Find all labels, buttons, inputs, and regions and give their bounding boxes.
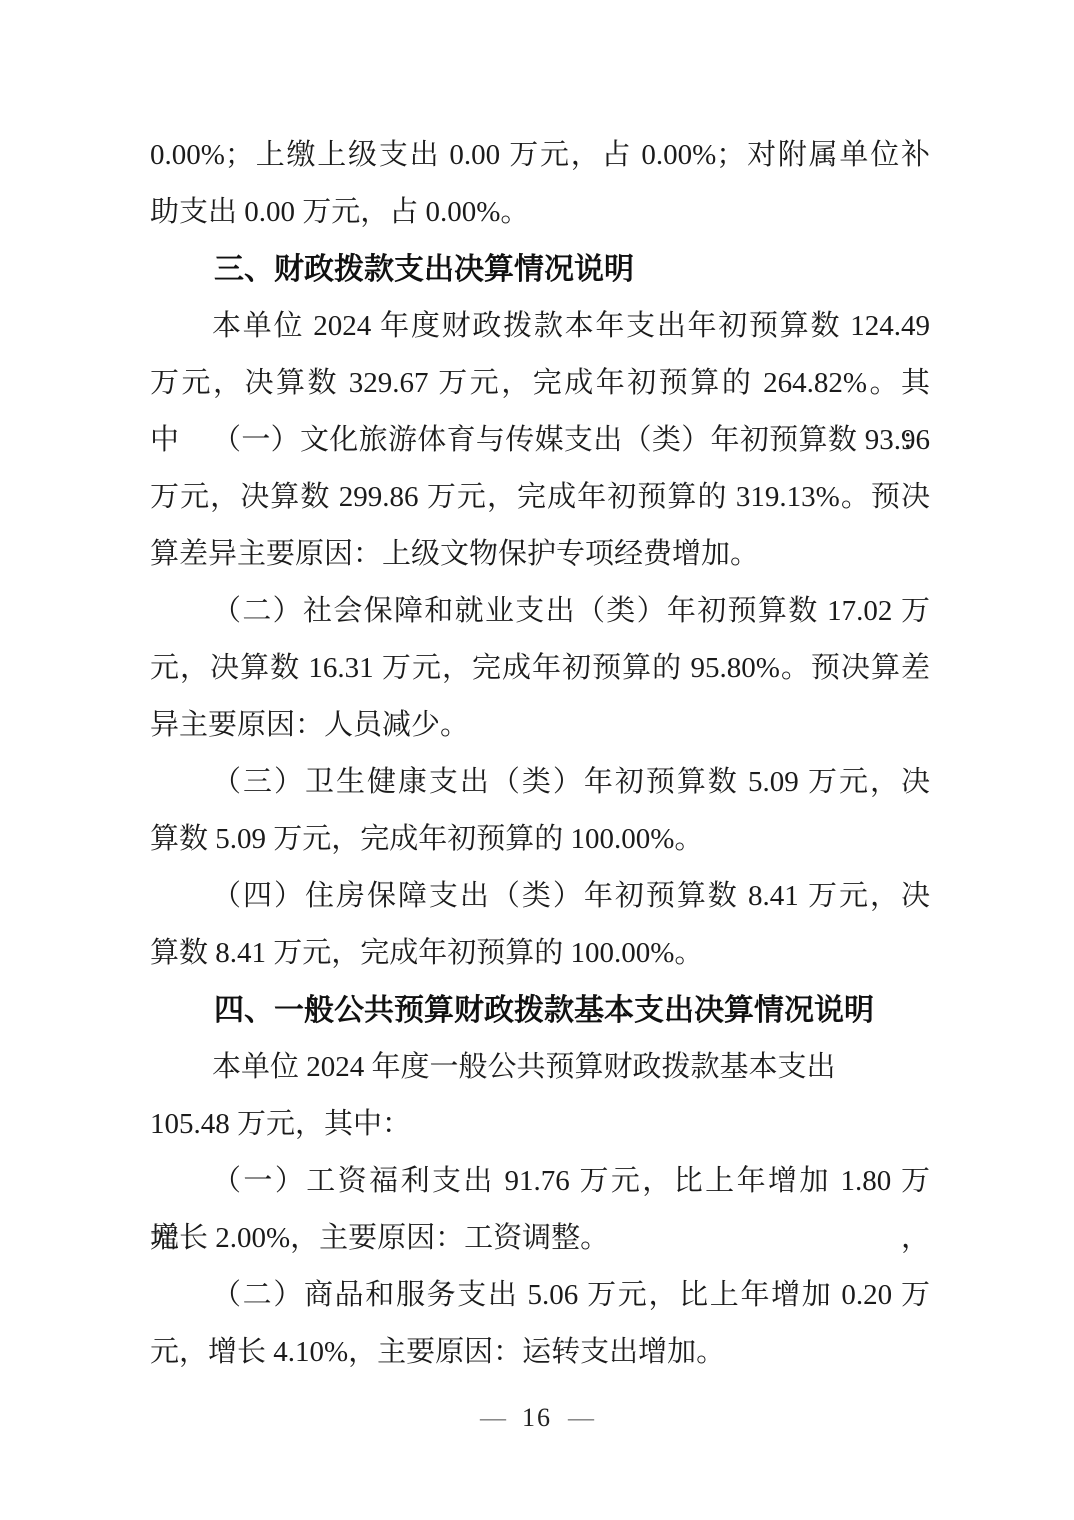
section-4-heading: 四、一般公共预算财政拨款基本支出决算情况说明 xyxy=(150,982,930,1039)
text-line: 算数 8.41 万元，完成年初预算的 100.00%。 xyxy=(150,925,930,982)
page-footer: —16— xyxy=(0,1398,1074,1438)
document-body: 0.00%；上缴上级支出 0.00 万元，占 0.00%；对附属单位补 助支出 … xyxy=(150,127,930,1381)
footer-dash-right: — xyxy=(568,1403,594,1432)
text-line: 元，决算数 16.31 万元，完成年初预算的 95.80%。预决算差 xyxy=(150,640,930,697)
document-page: 0.00%；上缴上级支出 0.00 万元，占 0.00%；对附属单位补 助支出 … xyxy=(0,0,1074,1520)
text-line: 算差异主要原因：上级文物保护专项经费增加。 xyxy=(150,526,930,583)
text-line: 本单位 2024 年度财政拨款本年支出年初预算数 124.49 xyxy=(150,298,930,355)
text-line: 助支出 0.00 万元，占 0.00%。 xyxy=(150,184,930,241)
text-line: 万元，决算数 299.86 万元，完成年初预算的 319.13%。预决 xyxy=(150,469,930,526)
text-line: 本单位 2024 年度一般公共预算财政拨款基本支出 xyxy=(150,1039,930,1096)
text-line: （一）工资福利支出 91.76 万元，比上年增加 1.80 万元， xyxy=(150,1153,930,1210)
text-line: （二）商品和服务支出 5.06 万元，比上年增加 0.20 万 xyxy=(150,1267,930,1324)
page-number: 16 xyxy=(522,1403,552,1432)
text-line: 105.48 万元，其中： xyxy=(150,1096,930,1153)
text-line: 万元，决算数 329.67 万元，完成年初预算的 264.82%。其中： xyxy=(150,355,930,412)
section-3-heading: 三、财政拨款支出决算情况说明 xyxy=(150,241,930,298)
text-line: （二）社会保障和就业支出（类）年初预算数 17.02 万 xyxy=(150,583,930,640)
text-line: （四）住房保障支出（类）年初预算数 8.41 万元，决 xyxy=(150,868,930,925)
text-line: 算数 5.09 万元，完成年初预算的 100.00%。 xyxy=(150,811,930,868)
text-line: 异主要原因：人员减少。 xyxy=(150,697,930,754)
text-line: （一）文化旅游体育与传媒支出（类）年初预算数 93.96 xyxy=(150,412,930,469)
text-line: 0.00%；上缴上级支出 0.00 万元，占 0.00%；对附属单位补 xyxy=(150,127,930,184)
text-line: 元，增长 4.10%，主要原因：运转支出增加。 xyxy=(150,1324,930,1381)
footer-dash-left: — xyxy=(480,1403,506,1432)
text-line: （三）卫生健康支出（类）年初预算数 5.09 万元，决 xyxy=(150,754,930,811)
